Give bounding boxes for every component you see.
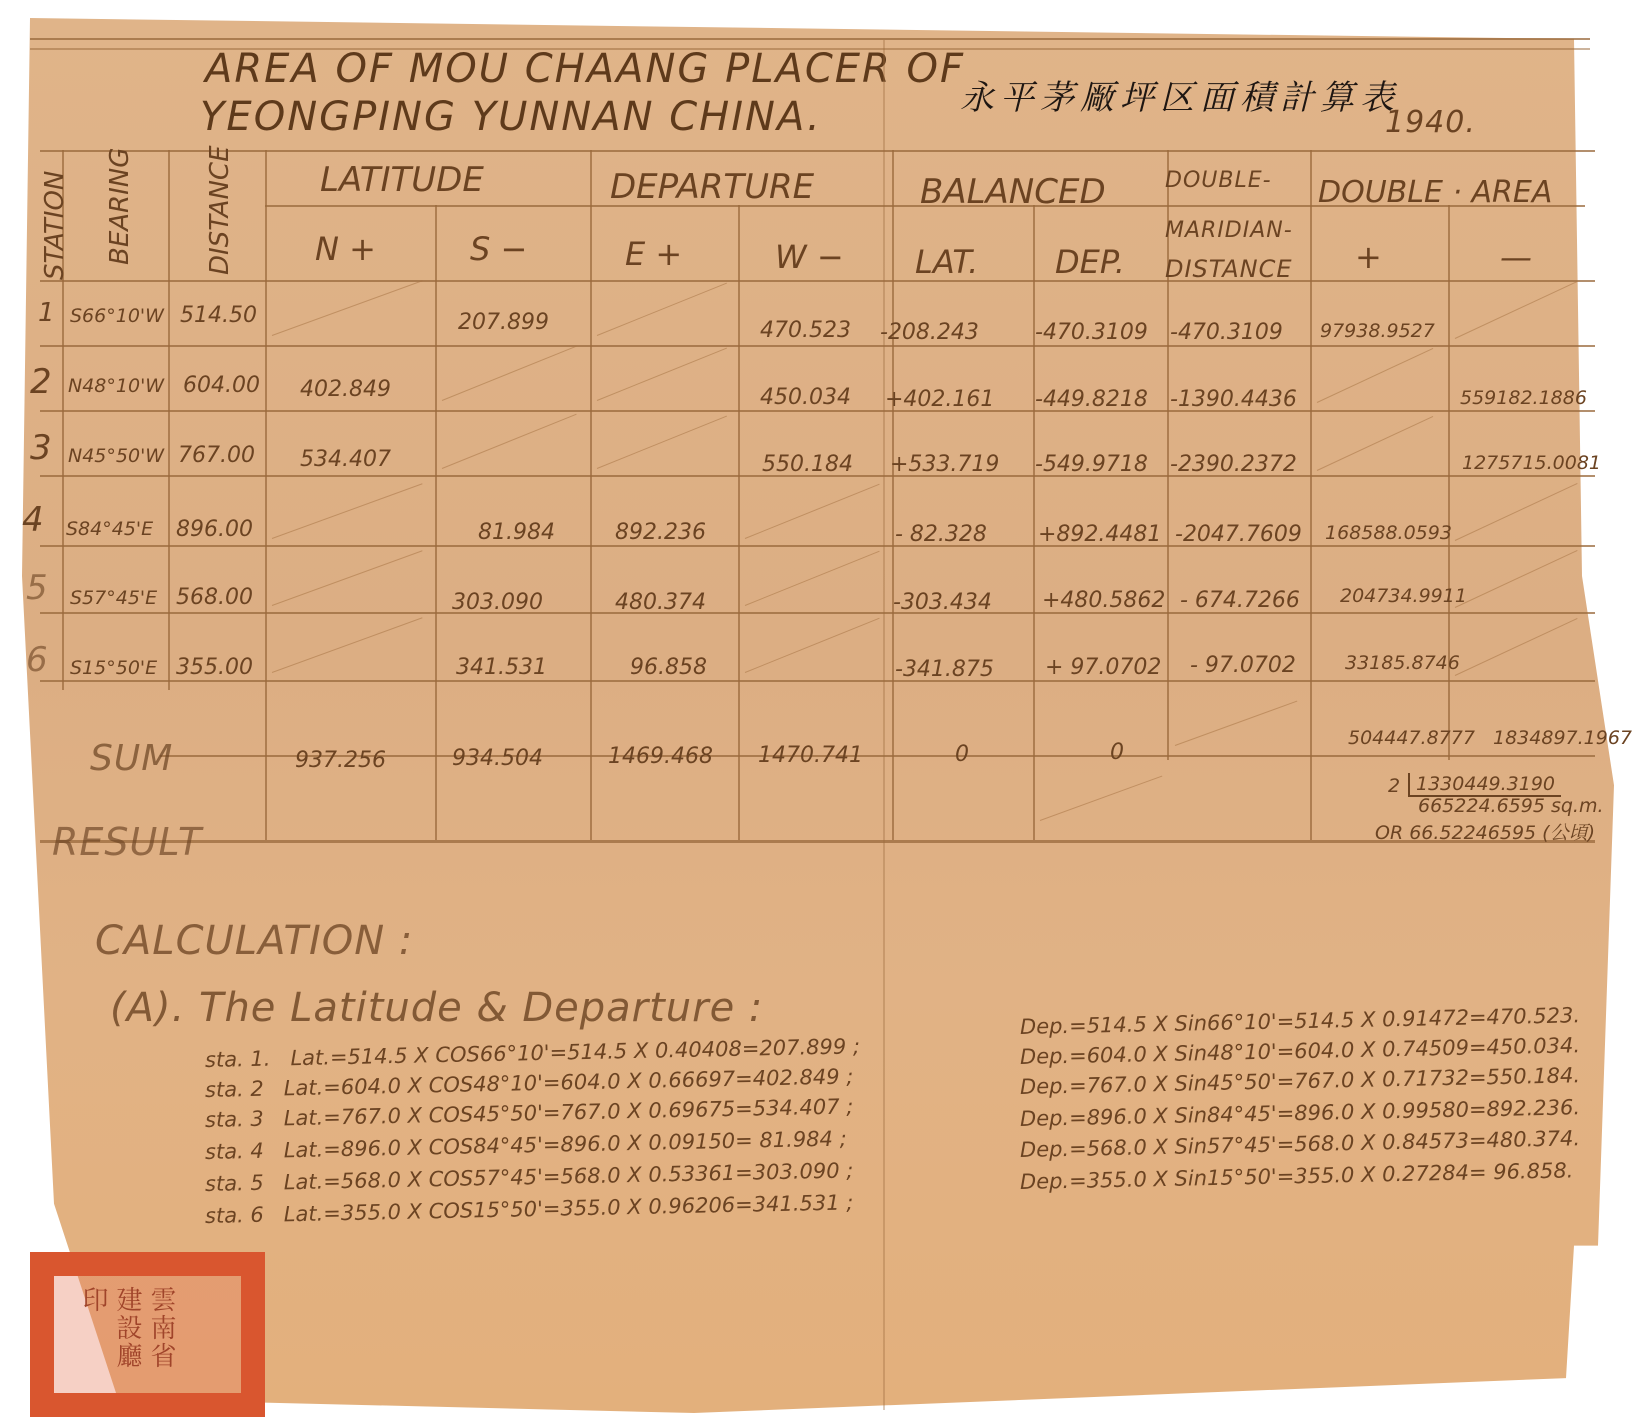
dep-w-cell: 470.523 [760, 318, 851, 343]
col-line [168, 150, 170, 690]
distance-cell: 355.00 [176, 655, 253, 680]
bal-dep-cell: -449.8218 [1035, 387, 1148, 412]
col-line [1033, 205, 1035, 840]
dmd-cell: -2047.7609 [1175, 522, 1302, 547]
station-header: STATION [40, 171, 70, 280]
area-plus-cell: 97938.9527 [1320, 320, 1435, 342]
table-bottom-line [40, 840, 1595, 843]
lat-s-cell: 341.531 [456, 655, 547, 680]
dep-e-header: E + [625, 235, 682, 273]
col-line [738, 205, 740, 840]
chinese-title: 永平茅厰坪区面積計算表 [960, 70, 1400, 119]
col-line [265, 150, 267, 840]
lat-n-cell: 402.849 [300, 377, 391, 402]
row-line [40, 680, 1595, 682]
bal-dep-cell: +480.5862 [1042, 588, 1165, 613]
station-cell: 6 [26, 640, 48, 680]
dmd-header-1: DOUBLE- [1165, 168, 1272, 193]
sum-bal-dep: 0 [1110, 740, 1124, 765]
lat-s-header: S − [470, 230, 527, 268]
latitude-header: LATITUDE [320, 160, 484, 200]
row-line [40, 410, 1595, 412]
calculation-heading: CALCULATION : [95, 918, 413, 964]
title-line-2: YEONGPING YUNNAN CHINA. [200, 94, 822, 140]
station-cell: 2 [30, 362, 52, 402]
distance-cell: 514.50 [180, 303, 257, 328]
year-label: 1940. [1385, 105, 1476, 140]
station-cell: 1 [38, 298, 55, 328]
station-ref: sta. 3 [205, 1107, 264, 1132]
area-plus-header: + [1355, 238, 1382, 276]
dmd-header-2: MARIDIAN- [1165, 218, 1293, 243]
bearing-cell: N45°50'W [68, 445, 164, 467]
bearing-cell: S57°45'E [70, 587, 157, 609]
fold-line [883, 40, 885, 1410]
bearing-cell: S84°45'E [66, 518, 153, 540]
result-hectares: OR 66.52246595 (公頃) [1375, 818, 1595, 845]
lat-s-cell: 303.090 [452, 590, 543, 615]
bal-dep-cell: -470.3109 [1035, 320, 1148, 345]
bal-lat-cell: -303.434 [893, 590, 992, 615]
double-area-header: DOUBLE · AREA [1318, 175, 1552, 210]
distance-cell: 604.00 [183, 373, 260, 398]
dep-w-header: W − [775, 238, 844, 276]
bearing-cell: N48°10'W [68, 375, 164, 397]
bal-dep-cell: -549.9718 [1035, 452, 1148, 477]
result-quotient: 665224.6595 sq.m. [1418, 795, 1604, 817]
dep-e-cell: 480.374 [615, 590, 706, 615]
bearing-header: BEARING [105, 148, 135, 265]
area-minus-header: — [1500, 238, 1532, 276]
sum-label: SUM [90, 738, 173, 779]
station-ref: sta. 1. [205, 1047, 271, 1072]
area-plus-cell: 168588.0593 [1325, 522, 1452, 544]
row-line [40, 345, 1595, 347]
station-ref: sta. 4 [205, 1139, 264, 1164]
bearing-cell: S15°50'E [70, 657, 157, 679]
col-line [892, 150, 894, 840]
sum-w: 1470.741 [758, 743, 863, 768]
bal-dep-cell: + 97.0702 [1045, 655, 1161, 680]
distance-cell: 568.00 [176, 585, 253, 610]
title-line-1: AREA OF MOU CHAANG PLACER OF [205, 46, 965, 92]
lat-s-cell: 81.984 [478, 520, 555, 545]
departure-header: DEPARTURE [610, 167, 814, 207]
dep-w-cell: 450.034 [760, 385, 851, 410]
area-plus-cell: 204734.9911 [1340, 585, 1467, 607]
dmd-cell: - 674.7266 [1180, 588, 1300, 613]
row-line [40, 612, 1595, 614]
lat-n-header: N + [315, 230, 376, 268]
sum-bal-lat: 0 [955, 742, 969, 767]
bal-lat-cell: +402.161 [885, 387, 994, 412]
distance-cell: 767.00 [178, 443, 255, 468]
bal-lat-cell: - 82.328 [895, 522, 987, 547]
top-border-line [30, 38, 1590, 40]
col-line [590, 150, 592, 840]
bal-dep-header: DEP. [1055, 243, 1125, 281]
result-label: RESULT [52, 820, 202, 864]
col-line [1448, 205, 1450, 760]
area-plus-cell: 33185.8746 [1345, 652, 1460, 674]
station-cell: 4 [22, 500, 44, 540]
dmd-cell: -470.3109 [1170, 320, 1283, 345]
result-dividend: 1330449.3190 [1408, 773, 1561, 797]
result-divisor: 2 [1388, 775, 1400, 797]
sum-s: 934.504 [452, 746, 543, 771]
dep-e-cell: 96.858 [630, 655, 707, 680]
lat-s-cell: 207.899 [458, 310, 549, 335]
station-ref: sta. 6 [205, 1203, 264, 1228]
sum-e: 1469.468 [608, 744, 713, 769]
balanced-header: BALANCED [920, 172, 1106, 212]
station-ref: sta. 5 [205, 1171, 264, 1196]
seal-text: 雲南省建設廳印 [76, 1286, 178, 1393]
sum-n: 937.256 [295, 748, 386, 773]
official-seal-stamp: 雲南省建設廳印 [30, 1252, 265, 1417]
station-ref: sta. 2 [205, 1077, 264, 1102]
dmd-cell: -2390.2372 [1170, 452, 1297, 477]
dmd-cell: -1390.4436 [1170, 387, 1297, 412]
bearing-cell: S66°10'W [70, 305, 164, 327]
area-minus-cell: 559182.1886 [1460, 387, 1587, 409]
dmd-header-3: DISTANCE [1165, 255, 1293, 283]
distance-header: DISTANCE [205, 145, 235, 275]
lat-n-cell: 534.407 [300, 447, 391, 472]
bal-lat-cell: -341.875 [895, 657, 994, 682]
dep-w-cell: 550.184 [762, 452, 853, 477]
area-minus-cell: 1275715.0081 [1462, 452, 1601, 474]
col-line [1310, 150, 1312, 840]
distance-cell: 896.00 [176, 517, 253, 542]
bal-lat-cell: -208.243 [880, 320, 979, 345]
table-top-line [40, 150, 1595, 152]
sum-area-plus: 504447.8777 [1348, 727, 1475, 749]
station-cell: 5 [26, 568, 48, 608]
section-a-heading: (A). The Latitude & Departure : [110, 985, 763, 1031]
header-bottom-line [40, 280, 1595, 282]
station-cell: 3 [30, 428, 52, 468]
col-line [435, 205, 437, 840]
bal-lat-cell: +533.719 [890, 452, 999, 477]
dmd-cell: - 97.0702 [1190, 653, 1296, 678]
sum-area-minus: 1834897.1967 [1493, 727, 1632, 749]
bal-lat-header: LAT. [915, 243, 978, 281]
row-line [40, 545, 1595, 547]
dep-e-cell: 892.236 [615, 520, 706, 545]
bal-dep-cell: +892.4481 [1038, 522, 1161, 547]
